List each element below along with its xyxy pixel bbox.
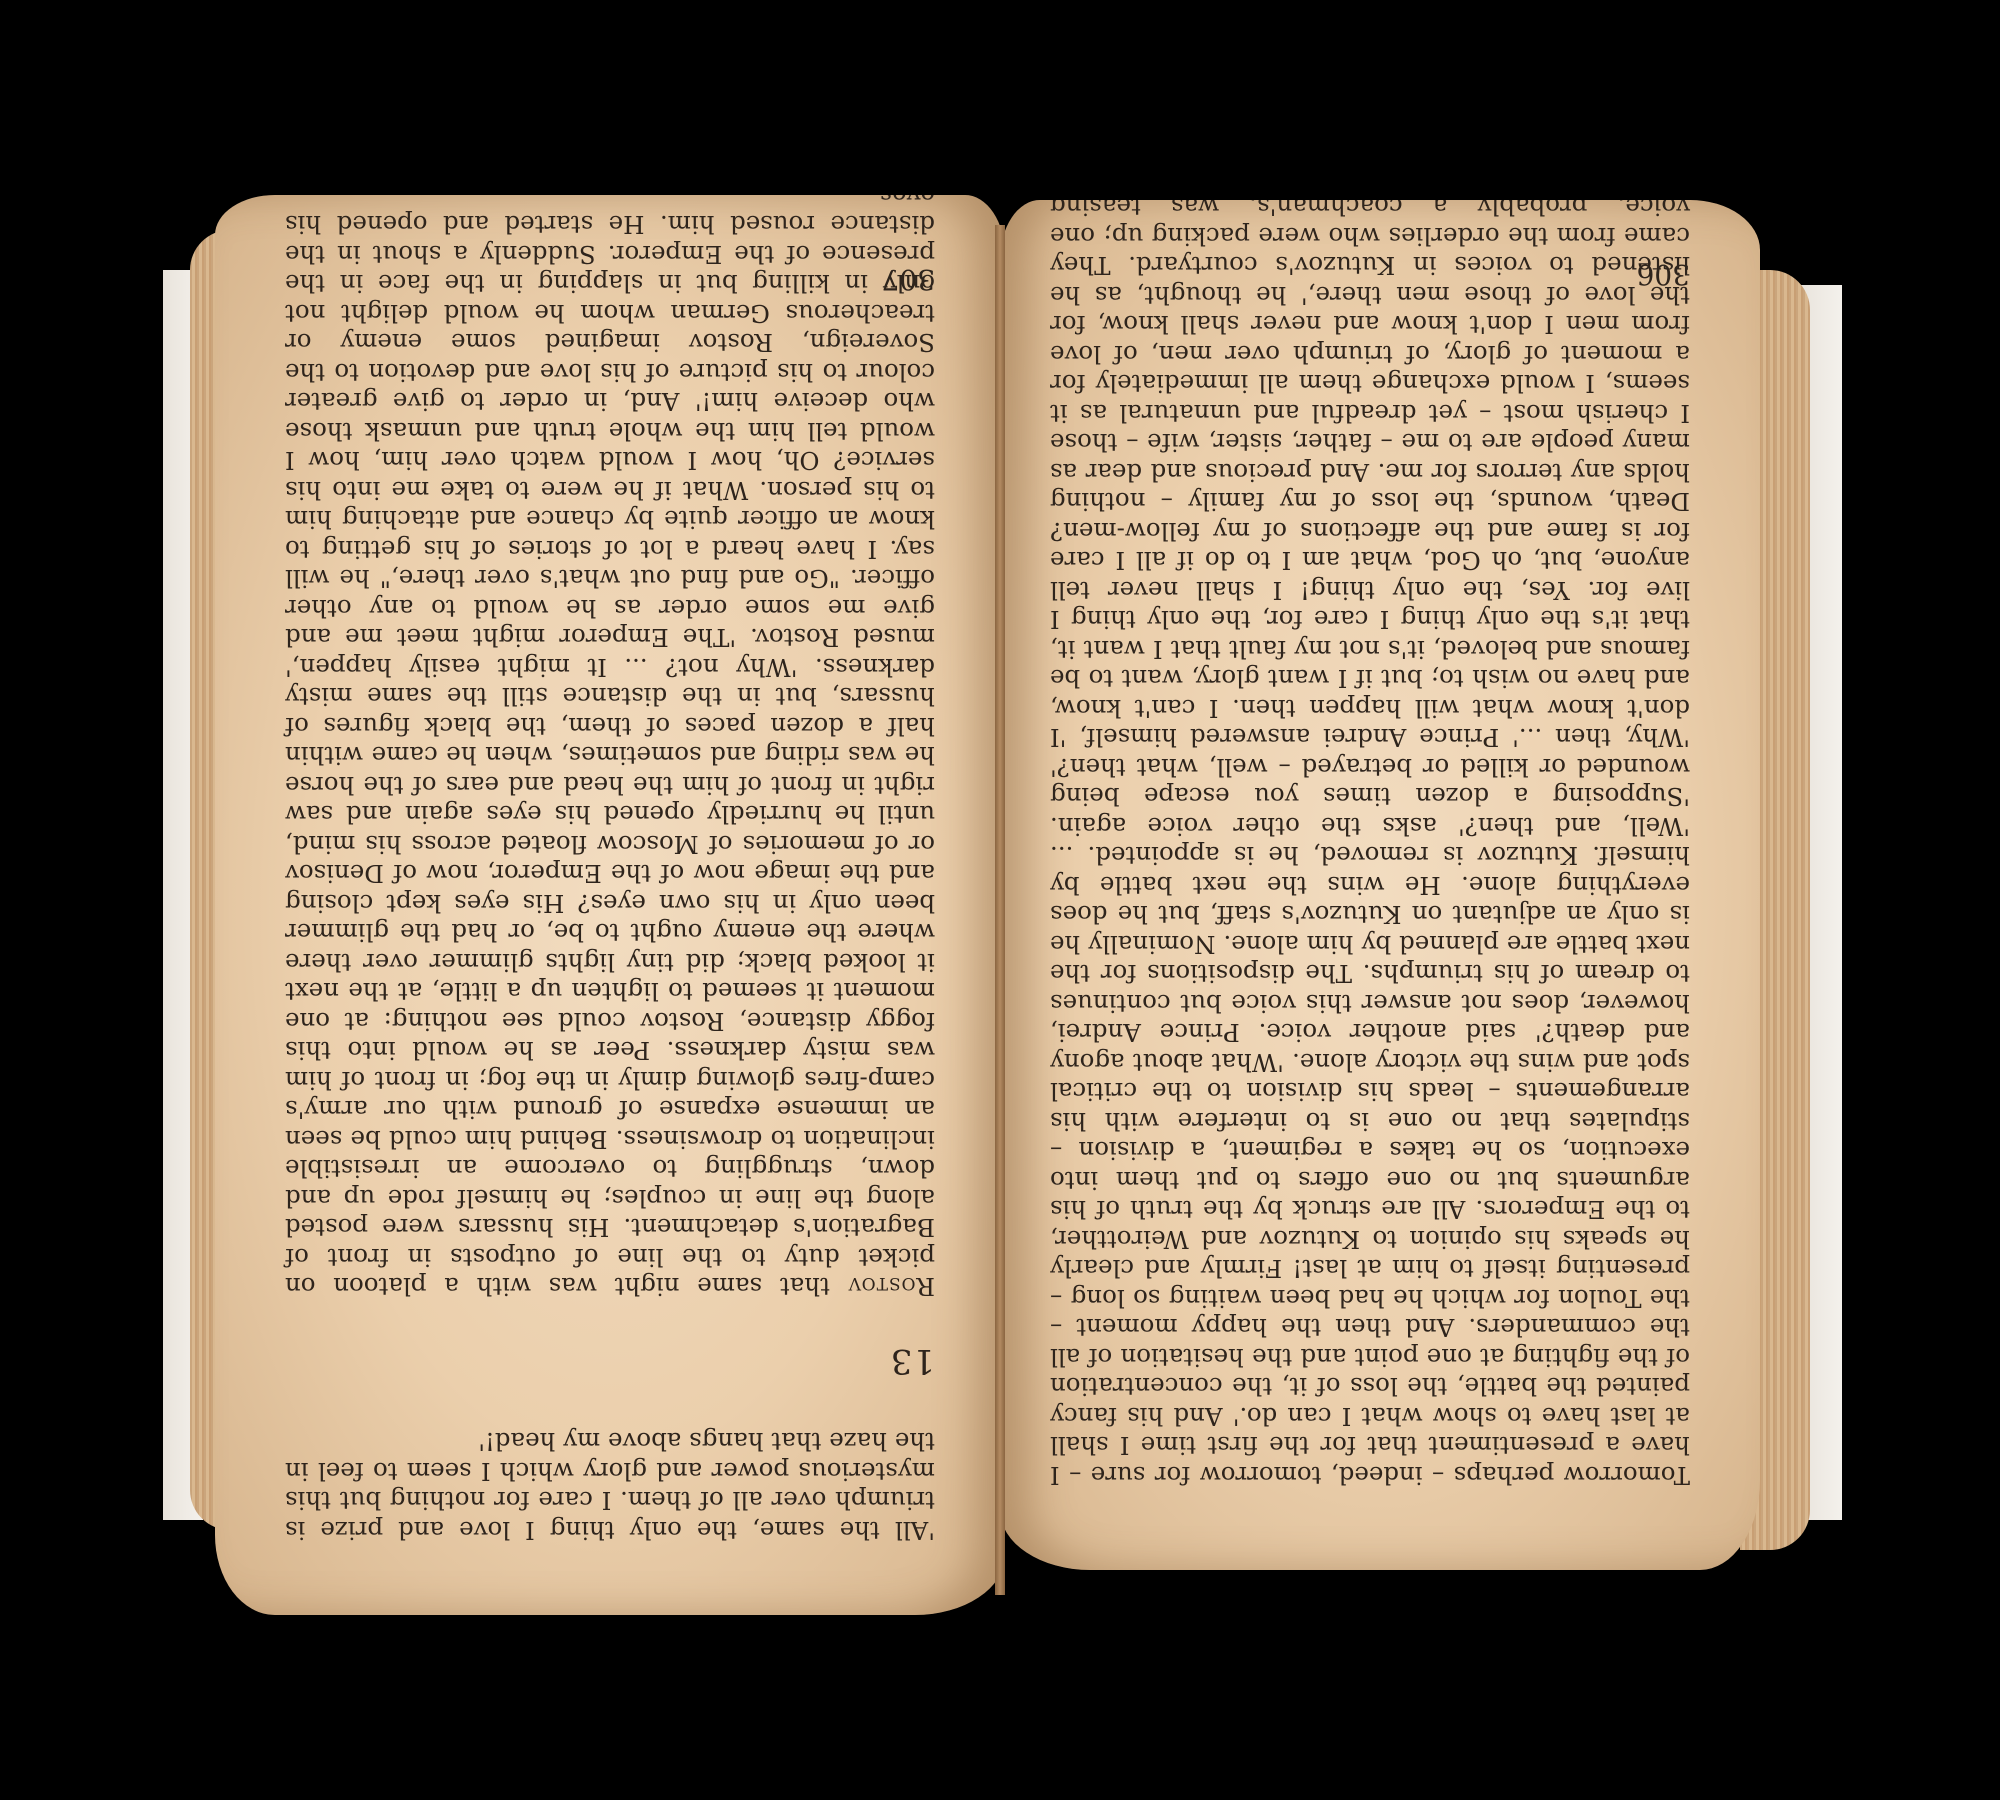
chapter-number: 13 — [285, 1346, 935, 1376]
page-306-text: Tomorrow perhaps – indeed, tomorrow for … — [1050, 260, 1690, 1490]
page-307-text: 'All the same, the only thing I love and… — [285, 265, 935, 1545]
book-page-306: Tomorrow perhaps – indeed, tomorrow for … — [1000, 200, 1760, 1570]
paragraph-text: that same night was with a platoon on pi… — [285, 195, 935, 1302]
page-306-paragraph-1: Tomorrow perhaps – indeed, tomorrow for … — [1050, 200, 1690, 1490]
book-gutter — [995, 225, 1005, 1595]
chapter-opening-word: Rostov — [848, 1273, 935, 1302]
page-number: 306 — [1050, 260, 1690, 290]
page-number: 307 — [285, 265, 935, 295]
chapter-13-paragraph-1: Rostov that same night was with a platoo… — [285, 195, 935, 1302]
page-307-top-paragraph: 'All the same, the only thing I love and… — [285, 1427, 935, 1545]
book-page-307: 'All the same, the only thing I love and… — [215, 195, 1005, 1615]
